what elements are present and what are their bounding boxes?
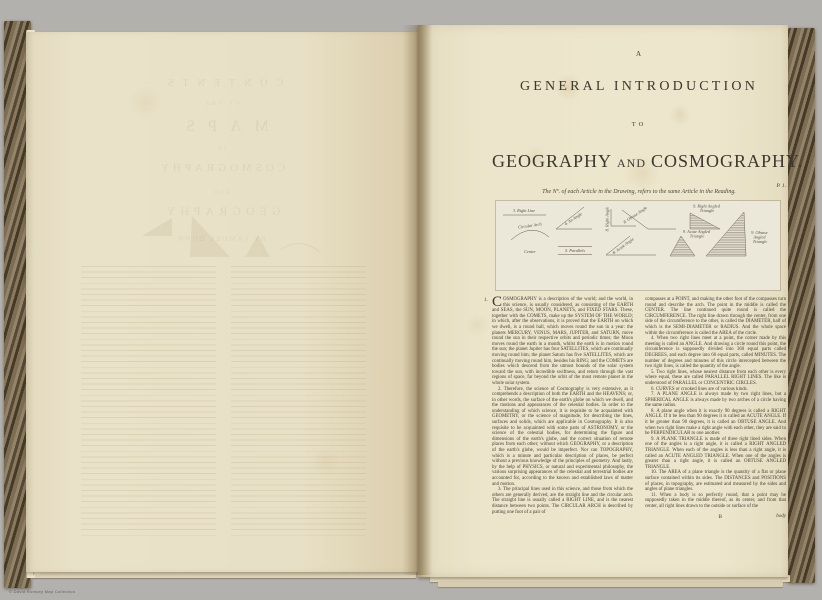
page-stack-edge xyxy=(438,581,783,587)
signature-mark-bottom: B xyxy=(718,514,722,520)
subtitle-and: AND xyxy=(617,156,646,170)
right-angled-triangle-figure xyxy=(690,213,720,229)
plate-label-parallels: 5. Parallels xyxy=(565,248,585,253)
plate-caption-row: The Nº. of each Article in the Drawing, … xyxy=(492,189,786,195)
paragraph-3: 3. The principal lines used in this scie… xyxy=(492,487,633,515)
subtitle-word: GEOGRAPHY xyxy=(492,151,612,171)
column-footer: B body xyxy=(645,514,786,524)
plate-label-center: Center xyxy=(524,249,536,254)
plate-label-acute-angled-triangle: 9. Acute Angled Triangle xyxy=(683,229,711,239)
plate-label-obtuse-angle: 8. Obtuse Angle xyxy=(622,205,648,225)
ghost-line: MAPS xyxy=(66,118,376,136)
paragraph-1: 1.COSMOGRAPHY is a description of the wo… xyxy=(492,297,633,387)
ghost-line: AND xyxy=(66,190,376,196)
paragraph-2: 2. Therefore, the science of Cosmography… xyxy=(492,387,633,488)
paragraph-10: 10. The AREA of a plane triangle is the … xyxy=(645,470,786,492)
plate-label-acute-angle: 8. Acute Angle xyxy=(612,236,635,255)
foxing-spots xyxy=(26,32,418,572)
plate-label-right-angled-triangle: 9. Right Angled Triangle xyxy=(693,204,721,214)
ghost-plate-figures xyxy=(90,212,330,262)
page-subtitle: GEOGRAPHYANDCOSMOGRAPHY. xyxy=(492,147,786,174)
plate-number: P. 1. xyxy=(776,183,786,189)
circular-arch-figure xyxy=(511,230,549,240)
plate-caption: The Nº. of each Article in the Drawing, … xyxy=(492,189,786,195)
ghost-line: COSMOGRAPHY xyxy=(66,162,376,174)
plate-label-obtuse-angled-triangle: 9. Obtuse Angled Triangle xyxy=(751,230,769,244)
drop-cap: C xyxy=(492,297,503,308)
paragraph-number: 1. xyxy=(484,298,488,304)
acute-angled-triangle-figure xyxy=(670,236,695,256)
paragraph-4: 4. When two right lines meet at a point,… xyxy=(645,336,786,370)
page-title: GENERAL INTRODUCTION xyxy=(492,79,786,95)
ghost-line: OF THE xyxy=(66,101,376,107)
paragraph-9: 9. A PLANE TRIANGLE is made of three rig… xyxy=(645,437,786,471)
paragraph-11: 11. When a body is so perfectly round, t… xyxy=(645,493,786,510)
left-page: CONTENTS OF THE MAPS IN COSMOGRAPHY AND … xyxy=(26,32,418,572)
plate-label-right-angle: 8. Right Angle xyxy=(605,207,610,232)
right-page: A GENERAL INTRODUCTION TO GEOGRAPHYANDCO… xyxy=(418,25,788,577)
collection-watermark: © David Rumsey Map Collection xyxy=(9,589,75,594)
ghost-line: GEOGRAPHY xyxy=(66,204,376,219)
plate-figure: 3. Right Line Circular Arch Center 4. An… xyxy=(496,201,780,290)
obtuse-angled-triangle-figure xyxy=(706,212,746,256)
subtitle-word: COSMOGRAPHY. xyxy=(651,151,803,171)
catchword: body xyxy=(776,514,786,520)
book-cover-right xyxy=(788,28,815,583)
ghost-line: CONTENTS xyxy=(66,78,376,89)
ghost-line: IN xyxy=(66,146,376,152)
right-column: compasses at a POINT, and making the oth… xyxy=(645,297,786,524)
paragraph-3-continued: compasses at a POINT, and making the oth… xyxy=(645,297,786,336)
left-column: 1.COSMOGRAPHY is a description of the wo… xyxy=(492,297,633,524)
title-to: TO xyxy=(492,121,786,128)
body-text: 1.COSMOGRAPHY is a description of the wo… xyxy=(492,297,786,524)
ghost-text-column xyxy=(81,266,216,536)
ghost-text-column xyxy=(231,266,366,536)
signature-mark-top: A xyxy=(492,50,786,58)
paragraph-5: 5. Two right lines, whose nearest distan… xyxy=(645,370,786,387)
plate-label-right-line: 3. Right Line xyxy=(513,208,535,213)
plate-label-circular-arch: Circular Arch xyxy=(518,221,542,229)
plate-label-an-angle: 4. An Angle xyxy=(563,211,583,226)
paragraph-8: 8. A plane angle when it is exactly 90 d… xyxy=(645,409,786,437)
book-scan: CONTENTS OF THE MAPS IN COSMOGRAPHY AND … xyxy=(0,0,822,600)
bleedthrough-text: CONTENTS OF THE MAPS IN COSMOGRAPHY AND … xyxy=(66,70,376,562)
paragraph-7: 7. A PLANE ANGLE is always made by two r… xyxy=(645,392,786,409)
ghost-line: BY SAMUEL DUNN xyxy=(66,235,376,243)
